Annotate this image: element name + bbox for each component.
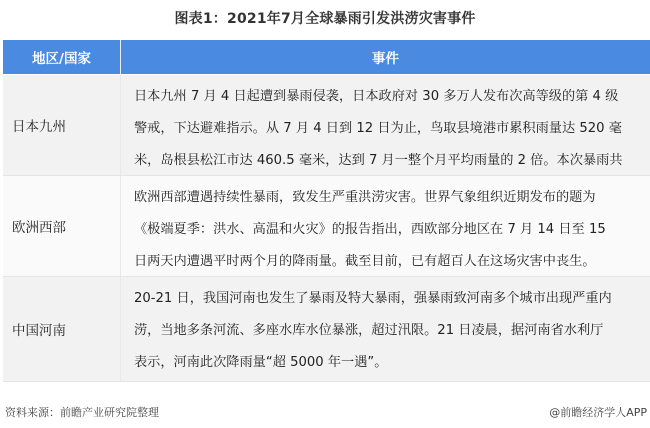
event-line: 20-21 日，我国河南也发生了暴雨及特大暴雨，强暴雨致河南多个城市出现严重内	[134, 283, 640, 315]
table-row: 中国河南 20-21 日，我国河南也发生了暴雨及特大暴雨，强暴雨致河南多个城市出…	[3, 277, 650, 382]
region-cell: 中国河南	[3, 277, 121, 381]
table-row: 日本九州 日本九州 7 月 4 日起遭到暴雨侵袭，日本政府对 30 多万人发布次…	[3, 75, 650, 176]
event-line: 欧洲西部遭遇持续性暴雨，致发生严重洪涝灾害。世界气象组织近期发布的题为	[134, 182, 640, 214]
event-cell: 日本九州 7 月 4 日起遭到暴雨侵袭，日本政府对 30 多万人发布次高等级的第…	[121, 75, 650, 175]
event-line: 表示，河南此次降雨量“超 5000 年一遇”。	[134, 347, 640, 379]
table-row: 欧洲西部 欧洲西部遭遇持续性暴雨，致发生严重洪涝灾害。世界气象组织近期发布的题为…	[3, 176, 650, 277]
source-note: 资料来源：前瞻产业研究院整理	[5, 404, 159, 420]
event-cell: 欧洲西部遭遇持续性暴雨，致发生严重洪涝灾害。世界气象组织近期发布的题为 《极端夏…	[121, 176, 650, 276]
table-header: 地区/国家 事件	[3, 40, 650, 74]
event-line: 米，岛根县松江市达 460.5 毫米，达到 7 月一整个月平均雨量的 2 倍。本…	[134, 145, 640, 177]
footer: 资料来源：前瞻产业研究院整理 @前瞻经济学人APP	[5, 404, 647, 420]
event-line: 《极端夏季：洪水、高温和火灾》的报告指出，西欧部分地区在 7 月 14 日至 1…	[134, 214, 640, 246]
credit-note: @前瞻经济学人APP	[549, 404, 647, 420]
event-cell: 20-21 日，我国河南也发生了暴雨及特大暴雨，强暴雨致河南多个城市出现严重内 …	[121, 277, 650, 381]
event-line: 日本九州 7 月 4 日起遭到暴雨侵袭，日本政府对 30 多万人发布次高等级的第…	[134, 81, 640, 113]
events-table: 地区/国家 事件 日本九州 日本九州 7 月 4 日起遭到暴雨侵袭，日本政府对 …	[3, 40, 650, 382]
figure-title: 图表1：2021年7月全球暴雨引发洪涝灾害事件	[0, 8, 650, 28]
region-cell: 欧洲西部	[3, 176, 121, 276]
event-line: 涝，当地多条河流、多座水库水位暴涨，超过汛限。21 日凌晨，据河南省水利厅	[134, 315, 640, 347]
event-line: 警戒，下达避难指示。从 7 月 4 日到 12 日为止，鸟取县境港市累积雨量达 …	[134, 113, 640, 145]
event-line: 日两天内遭遇平时两个月的降雨量。截至目前，已有超百人在这场灾害中丧生。	[134, 246, 640, 278]
header-region: 地区/国家	[3, 40, 121, 74]
region-cell: 日本九州	[3, 75, 121, 175]
header-event: 事件	[121, 40, 650, 74]
